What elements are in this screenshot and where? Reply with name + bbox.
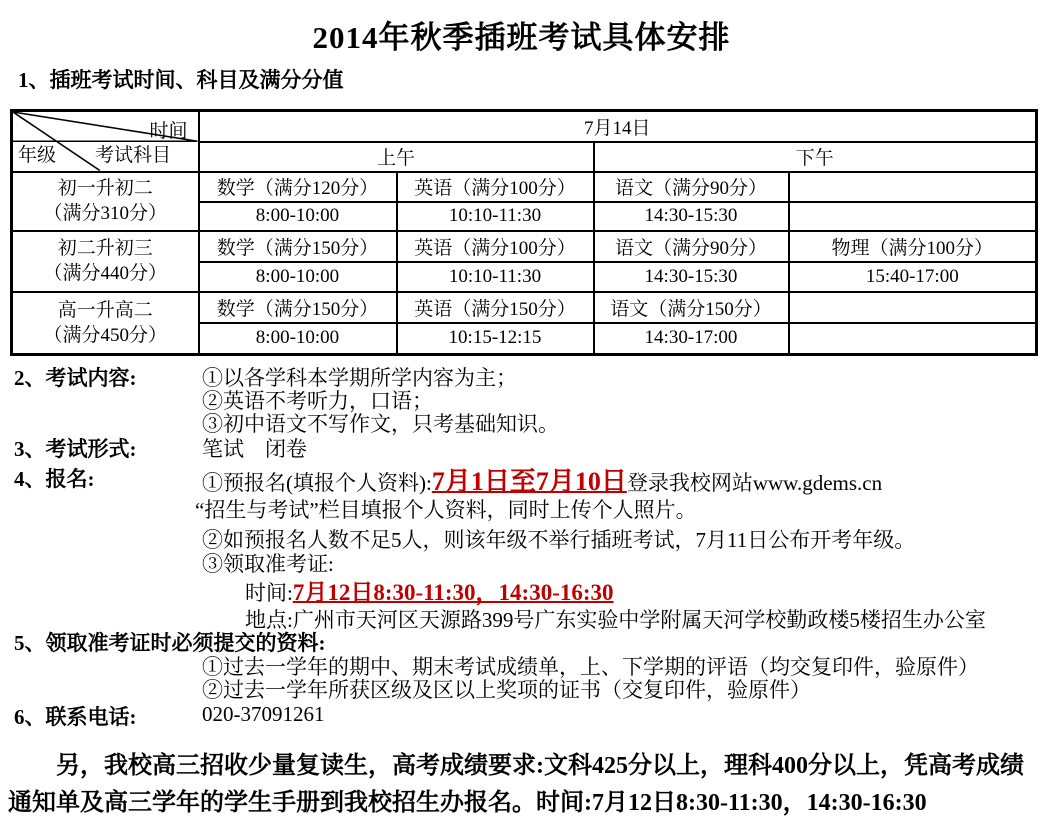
time-cell: 8:00-10:00: [199, 323, 397, 355]
grade-cell: 高一升高二 （满分450分）: [12, 292, 199, 355]
pickup-place-value: 广州市天河区天源路399号广东实验中学附属天河学校勤政楼5楼招生办公室: [293, 608, 986, 632]
grade-cell: 初一升初二 （满分310分）: [12, 172, 199, 231]
morning-header-cell: 上午: [199, 142, 594, 172]
time-cell: 8:00-10:00: [199, 262, 397, 292]
time-cell: 14:30-17:00: [594, 323, 789, 355]
section-1-heading: 1、插班考试时间、科目及满分分值: [18, 64, 344, 94]
time-cell: 10:10-11:30: [397, 202, 594, 231]
corner-label-grade: 年级: [18, 140, 56, 167]
grade-total-score: （满分450分）: [13, 323, 198, 348]
time-cell: [789, 202, 1037, 231]
closing-note: 另，我校高三招收少量复读生，高考成绩要求:文科425分以上，理科400分以上，凭…: [8, 748, 1038, 821]
subject-cell: 数学（满分150分）: [199, 231, 397, 262]
registration-line-2: “招生与考试”栏目填报个人资料，同时上传个人照片。: [195, 494, 697, 524]
subject-cell: 英语（满分150分）: [397, 292, 594, 323]
subject-cell: [789, 172, 1037, 202]
subject-cell: 语文（满分90分）: [594, 231, 789, 262]
section-6-label: 6、联系电话:: [14, 701, 137, 731]
date-header-cell: 7月14日: [199, 111, 1037, 142]
corner-cell: 时间 年级 考试科目: [12, 111, 199, 172]
pickup-place-line: 地点:广州市天河区天源路399号广东实验中学附属天河学校勤政楼5楼招生办公室: [245, 604, 986, 634]
time-cell: 10:10-11:30: [397, 262, 594, 292]
pickup-time-value: 7月12日8:30-11:30，14:30-16:30: [293, 580, 614, 605]
grade-cell: 初二升初三 （满分440分）: [12, 231, 199, 292]
closing-note-line-1: 另，我校高三招收少量复读生，高考成绩要求:文科425分以上，理科400分以上，凭…: [8, 748, 1038, 785]
subject-cell: 数学（满分120分）: [199, 172, 397, 202]
required-document-item: ②过去一学年所获区级及区以上奖项的证书（交复印件，验原件）: [202, 674, 811, 704]
document-page: 2014年秋季插班考试具体安排 1、插班考试时间、科目及满分分值 时间 年级 考…: [0, 0, 1043, 821]
subject-cell: 英语（满分100分）: [397, 172, 594, 202]
registration-prefix: ①预报名(填报个人资料):: [202, 471, 432, 495]
pickup-time-label: 时间:: [245, 581, 293, 605]
time-cell: 10:15-12:15: [397, 323, 594, 355]
registration-line-1: ①预报名(填报个人资料):7月1日至7月10日登录我校网站www.gdems.c…: [202, 461, 882, 498]
registration-suffix: 登录我校网站www.gdems.cn: [627, 471, 882, 495]
subject-cell: [789, 292, 1037, 323]
grade-name: 高一升高二: [13, 298, 198, 323]
time-cell: [789, 323, 1037, 355]
time-cell: 14:30-15:30: [594, 202, 789, 231]
grade-total-score: （满分310分）: [13, 201, 198, 226]
grade-total-score: （满分440分）: [13, 261, 198, 286]
time-cell: 14:30-15:30: [594, 262, 789, 292]
section-4-label: 4、报名:: [14, 463, 95, 493]
section-3-label: 3、考试形式:: [14, 433, 137, 463]
corner-label-subject: 考试科目: [95, 140, 171, 167]
grade-name: 初一升初二: [13, 176, 198, 201]
time-cell: 15:40-17:00: [789, 262, 1037, 292]
subject-cell: 数学（满分150分）: [199, 292, 397, 323]
exam-format-text: 笔试 闭卷: [202, 433, 307, 463]
grade-name: 初二升初三: [13, 236, 198, 261]
subject-cell: 英语（满分100分）: [397, 231, 594, 262]
section-2-label: 2、考试内容:: [14, 362, 137, 392]
subject-cell: 物理（满分100分）: [789, 231, 1037, 262]
registration-date-range: 7月1日至7月10日: [432, 467, 627, 496]
afternoon-header-cell: 下午: [594, 142, 1037, 172]
subject-cell: 语文（满分90分）: [594, 172, 789, 202]
schedule-table: 时间 年级 考试科目 7月14日 上午 下午 初一升初二 （满分310分） 数学…: [10, 109, 1038, 356]
closing-note-line-2: 通知单及高三学年的学生手册到我校招生办报名。时间:7月12日8:30-11:30…: [8, 785, 1038, 821]
time-cell: 8:00-10:00: [199, 202, 397, 231]
contact-phone-number: 020-37091261: [202, 702, 325, 727]
subject-cell: 语文（满分150分）: [594, 292, 789, 323]
pickup-time-line: 时间:7月12日8:30-11:30，14:30-16:30: [245, 574, 614, 607]
page-title: 2014年秋季插班考试具体安排: [0, 12, 1043, 57]
